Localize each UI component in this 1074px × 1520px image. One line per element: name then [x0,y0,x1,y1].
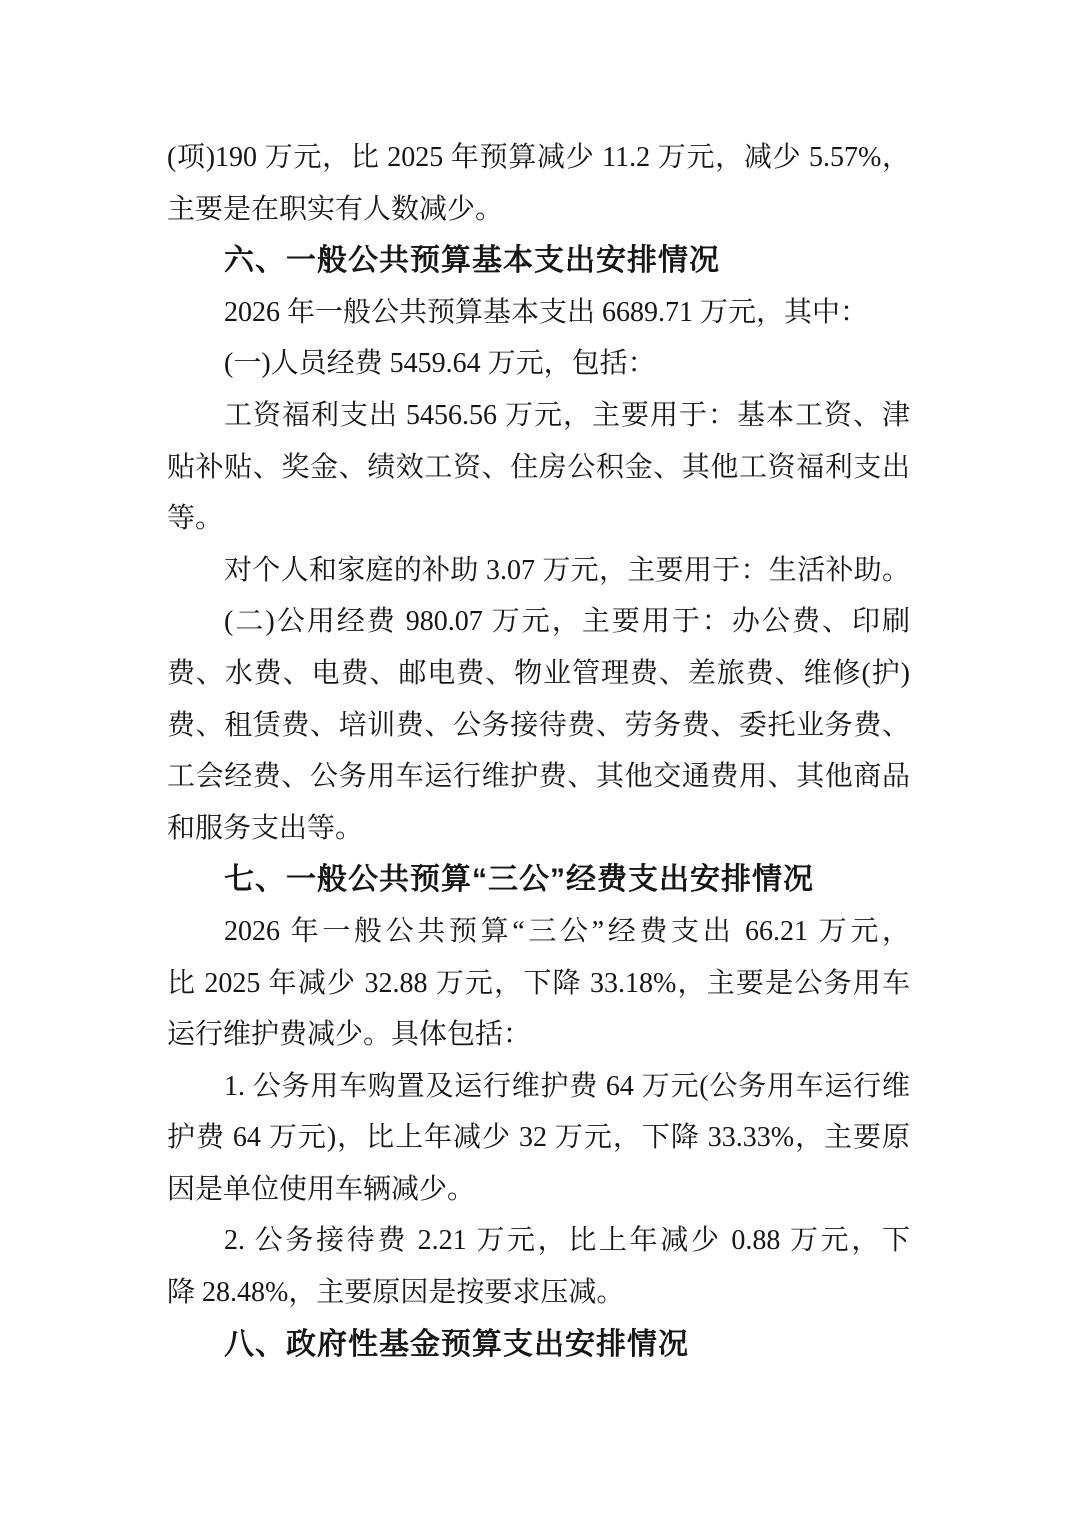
heading-section-7: 七、一般公共预算“三公”经费支出安排情况 [167,854,910,906]
paragraph-line-14: 2026 年一般公共预算“三公”经费支出 66.21 万元， [167,906,910,958]
paragraph-line-17: 1. 公务用车购置及运行维护费 64 万元(公务用车运行维 [167,1061,910,1113]
document-content: (项)190 万元，比 2025 年预算减少 11.2 万元，减少 5.57%，… [167,132,910,1370]
heading-section-8: 八、政府性基金预算支出安排情况 [167,1319,910,1371]
paragraph-line-13: 和服务支出等。 [167,803,910,855]
paragraph-line-15: 比 2025 年减少 32.88 万元，下降 33.18%，主要是公务用车 [167,958,910,1010]
paragraph-line-9: (二)公用经费 980.07 万元，主要用于：办公费、印刷 [167,596,910,648]
paragraph-line-11: 费、租赁费、培训费、公务接待费、劳务费、委托业务费、 [167,700,910,752]
paragraph-line-3: 2026 年一般公共预算基本支出 6689.71 万元，其中： [167,287,910,339]
paragraph-line-20: 2. 公务接待费 2.21 万元，比上年减少 0.88 万元，下 [167,1215,910,1267]
document-page: (项)190 万元，比 2025 年预算减少 11.2 万元，减少 5.57%，… [0,0,1074,1520]
paragraph-line-2: 主要是在职实有人数减少。 [167,184,910,236]
paragraph-line-5: 工资福利支出 5456.56 万元，主要用于：基本工资、津 [167,390,910,442]
paragraph-line-19: 因是单位使用车辆减少。 [167,1164,910,1216]
paragraph-line-4: (一)人员经费 5459.64 万元，包括： [167,338,910,390]
paragraph-line-18: 护费 64 万元)，比上年减少 32 万元，下降 33.33%，主要原 [167,1112,910,1164]
paragraph-line-21: 降 28.48%，主要原因是按要求压减。 [167,1267,910,1319]
paragraph-line-7: 等。 [167,493,910,545]
paragraph-line-6: 贴补贴、奖金、绩效工资、住房公积金、其他工资福利支出 [167,442,910,494]
paragraph-line-16: 运行维护费减少。具体包括： [167,1009,910,1061]
paragraph-line-12: 工会经费、公务用车运行维护费、其他交通费用、其他商品 [167,751,910,803]
paragraph-line-1: (项)190 万元，比 2025 年预算减少 11.2 万元，减少 5.57%， [167,132,910,184]
paragraph-line-10: 费、水费、电费、邮电费、物业管理费、差旅费、维修(护) [167,648,910,700]
heading-section-6: 六、一般公共预算基本支出安排情况 [167,235,910,287]
paragraph-line-8: 对个人和家庭的补助 3.07 万元，主要用于：生活补助。 [167,545,910,597]
